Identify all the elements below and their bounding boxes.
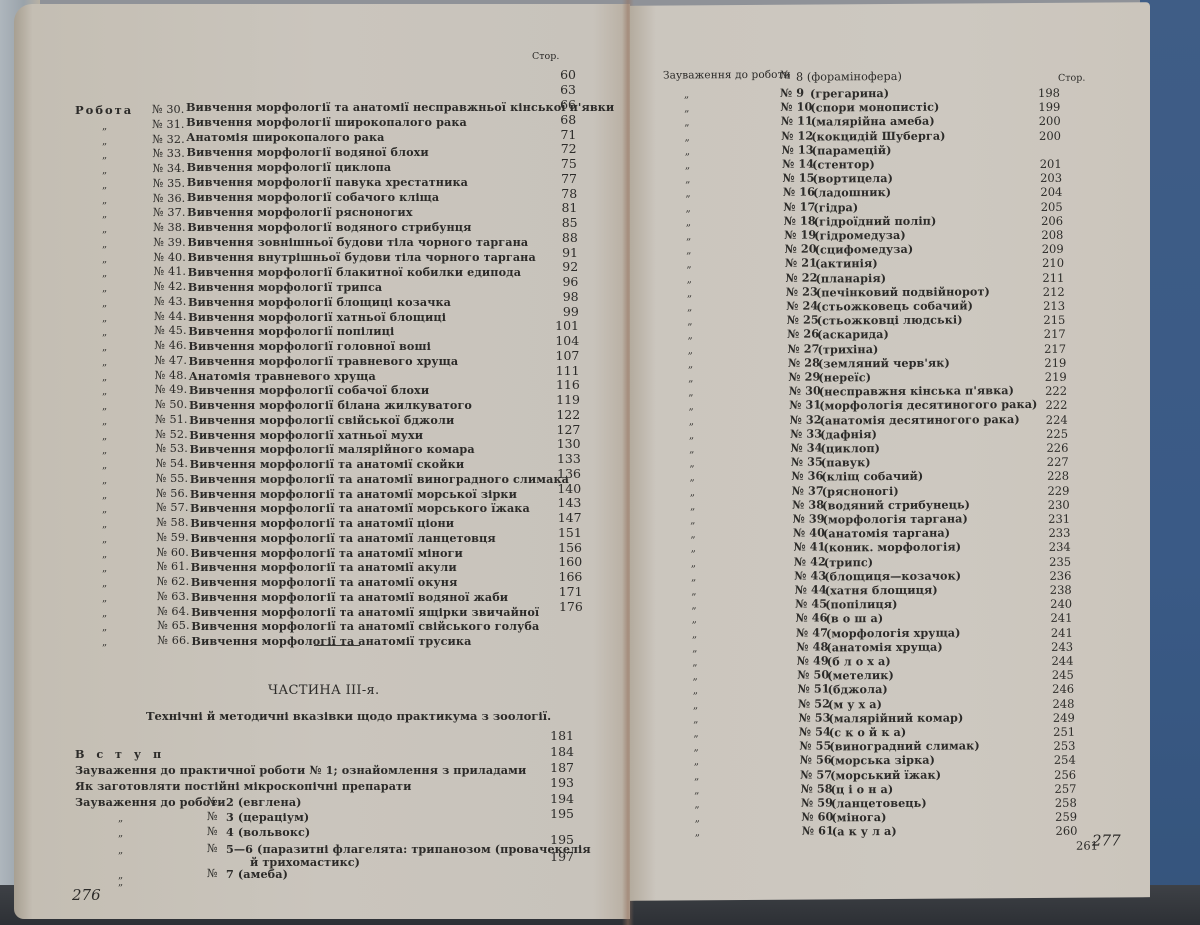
toc-entry: „№ 23(печінковий подвійнорот)212 [630,2,1150,6]
page-number: 258 [1027,796,1077,810]
toc-entry: „№ 19(гідромедуза)208 [630,2,1150,6]
entry-title: Вивчення морфології рясноногих [187,205,413,219]
entry-title: Як заготовляти постійні мікроскопічні пр… [75,779,411,793]
ditto-mark: „ [102,622,125,633]
page-number: 230 [1020,498,1070,512]
page-number: 231 [1020,512,1070,526]
page-number: 243 [1023,640,1073,654]
entry-number: № 44 [795,582,827,596]
entry-title: Вивчення морфології хатньої мухи [189,428,423,442]
page-number: 248 [1024,696,1074,710]
toc-entry: „№ 24(стьожковець собачий)213 [630,2,1150,6]
page-number: 215 [1015,313,1065,327]
ditto-mark: „ [691,558,714,569]
entry-number: № 39. [153,236,185,249]
toc-entry: „№ 51(бджола)246 [630,2,1150,6]
ditto-mark: „ [685,189,708,200]
toc-entry: „№ 28(земляний черв'як)219 [630,2,1150,6]
entry-title: Вивчення морфології свійської бджоли [189,413,454,427]
ditto-mark: „ [102,637,125,648]
entry-number: № 54 [799,724,831,738]
page-number: 136 [531,466,581,481]
entry-title: (в о ш а) [826,611,884,625]
page-number: 235 [1021,554,1071,568]
ditto-mark: „ [118,813,141,824]
entry-number: № 58 [801,781,833,795]
entry-title: (стьожковець собачий) [816,298,973,313]
entry-title: (морфологія хруща) [826,625,961,640]
entry-title: (актинія) [815,256,878,270]
left-page: Стор. 60 63 Робота № 30.Вивчення морфоло… [14,4,630,919]
entries-list: „№ 9(грегарина)198„№ 10(спори монопистіс… [630,2,1150,6]
page-number: 225 [1018,427,1068,441]
entry-title: Анатомія травневого хруща [189,369,376,383]
entry-number: № 39 [793,511,825,525]
entry-number: № 38. [153,221,185,234]
entry-title: Вивчення морфології та анатомії ящірки з… [191,605,539,619]
entry-title: Вивчення морфології та анатомії водяної … [191,590,508,604]
page-number: 236 [1021,569,1071,583]
toc-entry: „№ 18(гідроїдний поліп)206 [630,2,1150,6]
toc-entry: „№ 14(стентор)201 [630,2,1150,6]
page-number: 160 [532,554,582,569]
entry-number: № 20 [785,242,817,256]
toc-entry: „№ 22(планарія)211 [630,2,1150,6]
ditto-mark: „ [694,742,717,753]
toc-entry: „№ 15(вортицела)203 [630,2,1150,6]
toc-entry: „№ 32(анатомія десятиногого рака)224 [630,2,1150,6]
page-number: 181 [524,728,574,743]
ditto-mark: „ [692,615,715,626]
toc-entry: „№ 36(кліщ собачий)228 [630,2,1150,6]
entry-title: Вивчення морфології собачої блохи [189,383,429,397]
page-number: 78 [527,186,577,201]
entry-number: № [207,795,218,808]
toc-entry: „№ 60(мінога)259 [630,2,1150,6]
ditto-mark: „ [102,121,125,132]
entry-number: № 60 [801,810,833,824]
entry-title: 8 (форамінофера) [796,70,902,84]
toc-entry: „№ 56(морська зірка)254 [630,2,1150,6]
entry-number: № 27 [788,341,820,355]
page-number: 91 [528,245,578,260]
page-number: 206 [1013,214,1063,228]
entry-number: № 45 [795,597,827,611]
page-number: 205 [1013,199,1063,213]
page-number: 254 [1026,753,1076,767]
ditto-mark: „ [691,529,714,540]
entry-title: (морфологія таргана) [823,511,968,526]
entry-title: (метелик) [827,668,894,682]
ditto-mark: „ [691,586,714,597]
entry-number: № 37. [153,206,185,219]
entry-title: Вивчення внутрішньої будови тіла чорного… [188,250,536,264]
ditto-mark: „ [688,331,711,342]
entry-number: № 62. [157,575,189,588]
entry-title: (гідромедуза) [814,228,906,243]
entry-number: № [207,867,218,880]
entry-number: № [207,825,218,838]
entry-title: 5—6 (паразитні флагелята: трипанозом (пр… [226,842,591,856]
ditto-mark: „ [690,501,713,512]
ditto-mark: „ [118,845,141,856]
entry-number: № 58. [156,516,188,529]
entry-number: № 40. [154,251,186,264]
entry-title: (несправжня кінська п'явка) [819,383,1014,398]
toc-entry: „№ 13(парамецій) [630,2,1150,6]
ditto-mark: „ [688,359,711,370]
toc-entry: „№ 17(гідра)205 [630,2,1150,6]
entry-title: (блощиця—козачок) [824,568,961,583]
entry-number: № 56 [800,753,832,767]
entry-number: № 63. [157,590,189,603]
entry-title: Вивчення морфології та анатомії міноги [191,546,463,560]
ditto-mark: „ [102,416,125,427]
page-number: 229 [1019,483,1069,497]
entry-number: № 28 [788,355,820,369]
ditto-mark: „ [102,165,125,176]
page-number: 259 [1027,810,1077,824]
ditto-mark: „ [684,118,707,129]
section-divider [314,645,360,646]
toc-entry: „№ 40(анатомія таргана)233 [630,2,1150,6]
ditto-mark: „ [102,150,125,161]
entry-title: (с к о й к а) [829,725,906,740]
entry-number: № 10 [780,100,812,114]
entry-title: (кліщ собачий) [821,469,923,484]
entry-title: (земляний черв'як) [818,355,950,370]
entry-number: № 37 [792,483,824,497]
entry-number: № 66. [157,634,189,647]
toc-entry: „№ 35(павук)227 [630,2,1150,6]
page-number: 96 [528,274,578,289]
page-number: 198 [1010,86,1060,100]
page-number: 260 [1027,824,1077,838]
entry-number: № 49. [155,383,187,396]
entry-number: № 42. [154,280,186,293]
ditto-mark: „ [687,274,710,285]
toc-entry: „№ 33(дафнія)225 [630,2,1150,6]
entry-title: Вивчення морфології та анатомії ланцетов… [190,531,495,545]
page-number: 92 [528,259,578,274]
ditto-mark: „ [102,342,125,353]
page-number: 256 [1026,767,1076,781]
entry-number: № 36 [791,469,823,483]
entry-number: № 33. [152,147,184,160]
entry-number: № 50. [155,398,187,411]
entry-number: № 32. [152,133,184,146]
page-number: 249 [1025,711,1075,725]
ditto-mark: „ [102,593,125,604]
page-number: 187 [524,760,574,775]
entry-number: № 54. [156,457,188,470]
entry-number: № 16 [783,185,815,199]
entry-title: (стьожковці людські) [817,313,963,328]
page-number: 195 [524,806,574,821]
toc-entry: „№ 29(нереїс)219 [630,2,1150,6]
page-number: 156 [532,540,582,555]
page-number: 261 [1048,838,1098,852]
entry-title: Вивчення морфології попілиці [188,324,394,338]
toc-entry: „№ 30(несправжня кінська п'явка)222 [630,2,1150,6]
page-number: 104 [529,333,579,348]
ditto-mark: „ [689,416,712,427]
page-number: 75 [527,156,577,171]
entry-title: (морський їжак) [830,767,941,782]
ditto-mark: „ [693,686,716,697]
entry-title: Вивчення морфології циклопа [187,160,392,174]
entry-number: № 32 [790,412,822,426]
page-number: 71 [526,127,576,142]
toc-entry: „№ 39(морфологія таргана)231 [630,2,1150,6]
entry-number: № 9 [780,86,804,100]
ditto-mark: „ [102,283,125,294]
page-number: 184 [524,744,574,759]
toc-entry: „№ 59(ланцетовець)258 [630,2,1150,6]
entry-number: № 61 [802,824,834,838]
entry-number: № 57. [156,501,188,514]
ditto-mark: „ [686,203,709,214]
ditto-mark: „ [692,600,715,611]
toc-entry: „№ 42(трипс)235 [630,2,1150,6]
entry-title: (бджола) [828,682,888,696]
entry-title: (м у х а) [828,697,882,711]
page-number: 226 [1018,441,1068,455]
entry-title: (малярійний комар) [828,710,963,725]
entry-number: № 49 [797,653,829,667]
entry-number: № 25 [787,313,819,327]
page-number: 227 [1019,455,1069,469]
entry-title: Вивчення морфології павука хрестатника [187,175,468,189]
entry-number: № 55 [799,739,831,753]
ditto-mark: „ [102,254,125,265]
entry-title: Вивчення морфології трипса [188,280,382,294]
page-number: 116 [530,377,580,392]
entry-title: (водяний стрибунець) [822,497,970,512]
page-number: 217 [1016,341,1066,355]
page-number: 98 [529,289,579,304]
page-number: 228 [1019,469,1069,483]
ditto-mark: „ [102,504,125,515]
page-number: 253 [1025,739,1075,753]
entry-title: (морська зірка) [830,753,935,768]
page-number: 222 [1017,398,1067,412]
ditto-mark: „ [102,180,125,191]
ditto-mark: „ [102,578,125,589]
entry-number: № 60. [157,546,189,559]
entry-number: № 35 [791,455,823,469]
page-number: 111 [530,363,580,378]
toc-entry: „№ 16(ладошник)204 [630,2,1150,6]
entry-number: № 34. [153,162,185,175]
entry-title: Вивчення морфології та анатомії ціони [190,516,454,530]
page-number: 171 [533,584,583,599]
entry-number: № 48 [796,639,828,653]
toc-entry: „№ 10(спори монопистіс)199 [630,2,1150,6]
entry-title: (вортицела) [813,171,894,186]
toc-entry: „№ 57(морський їжак)256 [630,2,1150,6]
ditto-mark: „ [693,671,716,682]
page-number: 194 [524,791,574,806]
entry-title: (планарія) [815,271,886,285]
page-number: 77 [527,171,577,186]
entry-title: (гідроїдний поліп) [814,213,937,228]
ditto-mark: „ [102,372,125,383]
page-number: 193 [524,775,574,790]
ditto-mark: „ [687,302,710,313]
toc-entry: „№ 44(хатня блощиця)238 [630,2,1150,6]
entry-title: (хатня блощиця) [825,583,938,598]
entry-title: Вивчення морфології малярійного комара [189,442,474,456]
entry-title: В с т у п [75,747,165,761]
page-number: 201 [1012,157,1062,171]
ditto-mark: „ [102,490,125,501]
toc-entry: „№ 31(морфологія десятиногого рака)222 [630,2,1150,6]
toc-entry: „№ 25(стьожковці людські)215 [630,2,1150,6]
entry-title: (печінковий подвійнорот) [816,284,990,299]
ditto-mark: „ [693,728,716,739]
toc-entry: „№ 53(малярійний комар)249 [630,2,1150,6]
entry-title: Вивчення морфології хатньої блощиці [188,310,446,324]
ditto-mark: „ [102,298,125,309]
ditto-mark: „ [689,458,712,469]
toc-entry: „№ 27(трихіна)217 [630,2,1150,6]
entry-title: (а к у л а) [832,824,897,838]
page-number: 233 [1020,526,1070,540]
page-number: 241 [1023,625,1073,639]
ditto-mark: „ [687,260,710,271]
toc-entry: „№ 34(циклоп)226 [630,2,1150,6]
right-page: Зауваження до роботи № 8 (форамінофера) … [630,2,1150,901]
entry-number: № 52. [155,428,187,441]
entry-title: (ладошник) [813,185,891,200]
page-number: 209 [1014,242,1064,256]
entry-title: Анатомія широкопалого рака [186,130,384,144]
page-number: 85 [528,215,578,230]
ditto-mark: „ [118,828,141,839]
entry-title: (анатомія хруща) [826,639,942,654]
entry-title: 2 (евглена) [226,795,302,809]
toc-entry: „№ 38(водяний стрибунець)230 [630,2,1150,6]
entry-title: (анатомія десятиногого рака) [820,412,1020,427]
ditto-mark: „ [694,771,717,782]
entry-number: № 36. [153,192,185,205]
entry-number: № 45. [154,324,186,337]
entry-number: № 41. [154,265,186,278]
ditto-mark: „ [692,643,715,654]
entry-number: № 43. [154,295,186,308]
ditto-mark: „ [102,136,125,147]
page-column-header: Стор. [532,51,559,62]
toc-entry: „№ 45(попілиця)240 [630,2,1150,6]
page-number: 199 [1010,100,1060,114]
entry-title: Вивчення морфології водяного стрибунця [187,220,471,234]
ditto-mark: „ [690,473,713,484]
entry-number: № 23 [786,284,818,298]
ditto-mark: „ [684,103,707,114]
entry-title: (кокцидій Шуберга) [811,128,945,143]
page-number: 66 [526,97,576,112]
entry-title: (дафнія) [820,427,877,441]
ditto-mark: „ [689,402,712,413]
ditto-mark: „ [687,288,710,299]
entry-title: Вивчення морфології та анатомії акули [191,560,457,574]
entry-number: № 46. [154,339,186,352]
ditto-mark: „ [689,444,712,455]
page-number: 203 [1012,171,1062,185]
page-number: 238 [1022,583,1072,597]
entry-number: № 59 [801,795,833,809]
entry-number: № 52 [798,696,830,710]
entry-title: Вивчення морфології собачого кліща [187,190,439,204]
entry-title: (б л о х а) [827,654,891,668]
entry-number: № 43 [794,568,826,582]
page-folio: 277 [1092,831,1121,849]
entry-number: № 40 [793,526,825,540]
ditto-mark: „ [102,608,125,619]
entry-number: № 53 [798,710,830,724]
entry-title: 4 (вольвокс) [226,825,310,839]
entry-number: № 12 [781,128,813,142]
entry-number: № [780,69,791,82]
robota-label: Робота [75,103,133,117]
page-number: 99 [529,304,579,319]
page-number: 101 [529,318,579,333]
page-number: 222 [1017,384,1067,398]
entry-number: № 38 [792,497,824,511]
page-number: 166 [532,569,582,584]
page-number: 208 [1013,228,1063,242]
ditto-mark: „ [102,549,125,560]
ditto-mark: „ [686,231,709,242]
ditto-mark: „ [102,445,125,456]
entry-title: (аскарида) [817,327,889,342]
page-number: 200 [1011,128,1061,142]
page-number: 246 [1024,682,1074,696]
ditto-mark: „ [685,132,708,143]
entry-number: № 47. [155,354,187,367]
ditto-mark: „ [102,357,125,368]
entry-title: Вивчення морфології та анатомії окуня [191,575,458,589]
toc-entry: „№ 43(блощиця—козачок)236 [630,2,1150,6]
page-number: 143 [531,495,581,510]
entry-number: № 57 [800,767,832,781]
ditto-mark: „ [688,387,711,398]
page-number: 213 [1015,299,1065,313]
toc-entry: „№ 9(грегарина)198 [630,2,1150,6]
entry-title: (мінога) [831,810,886,824]
entry-number: № 42 [794,554,826,568]
page-number: 133 [531,451,581,466]
entry-title: Вивчення морфології білана жилкуватого [189,398,472,412]
ditto-mark: „ [695,799,718,810]
entry-number: № [207,810,218,823]
entry-number: № 35. [153,177,185,190]
ditto-mark: „ [685,174,708,185]
ditto-mark: „ [690,515,713,526]
entry-title: Вивчення морфології та анатомії виноград… [190,472,569,486]
entry-prefix: Зауваження до роботи [75,795,226,809]
entry-title: (стентор) [812,157,875,171]
ditto-mark: „ [102,327,125,338]
entry-title: (ц і о н а) [831,782,894,796]
page-number: 176 [533,599,583,614]
entry-title: Вивчення морфології широкопалого рака [186,115,467,129]
ditto-mark: „ [694,757,717,768]
ditto-mark: „ [102,313,125,324]
entry-number: № 48. [155,369,187,382]
entry-number: № 61. [157,560,189,573]
